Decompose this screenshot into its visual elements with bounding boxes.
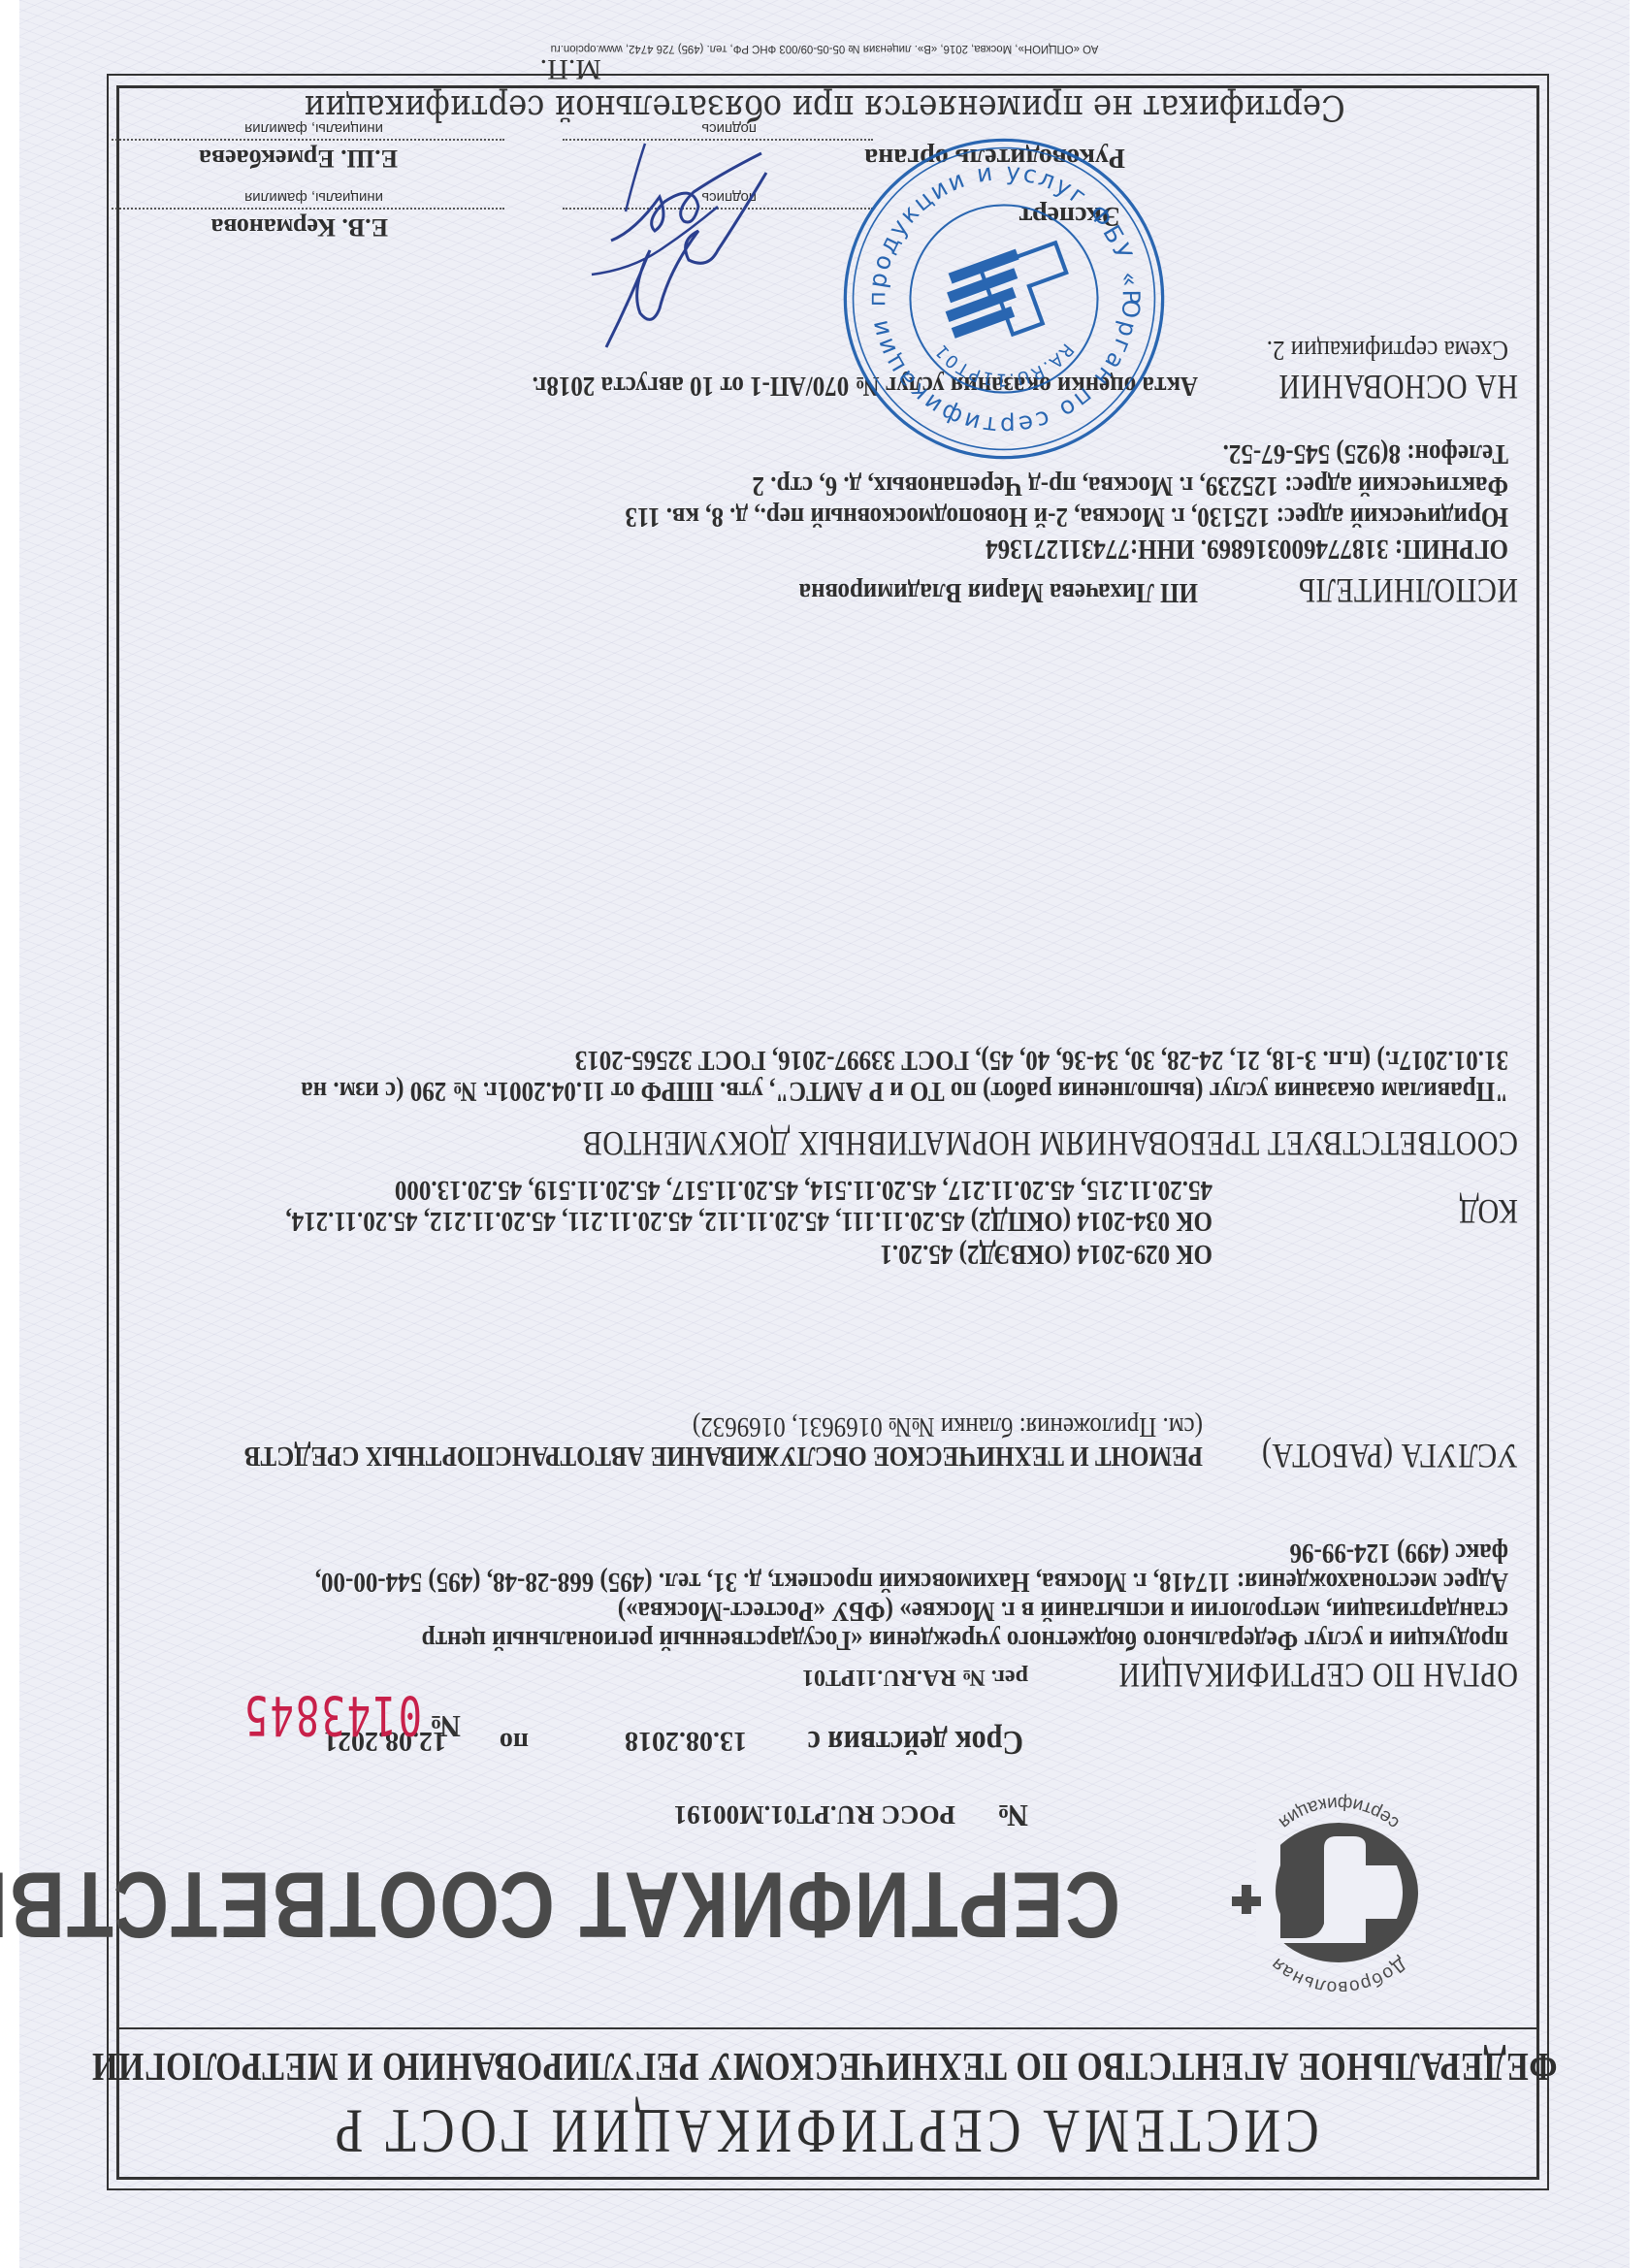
conformity-label: СООТВЕТСТВУЕТ ТРЕБОВАНИЯМ НОРМАТИВНЫХ ДО…	[582, 1122, 1518, 1162]
svg-text:RA.RU.11PT01: RA.RU.11PT01	[930, 340, 1078, 390]
certification-body-line: продукции и услуг Федерального бюджетног…	[422, 1624, 1508, 1655]
blank-serial-number: 0143845	[242, 1683, 422, 1746]
system-title: СИСТЕМА СЕРТИФИКАЦИИ ГОСТ Р	[0, 2094, 1649, 2166]
certification-scheme: Схема сертификации 2.	[1267, 334, 1508, 365]
validity-label: Срок действия с	[808, 1723, 1024, 1761]
code-line: ОК 034-2014 (ОКПД2) 45.20.11.111, 45.20.…	[285, 1205, 1212, 1236]
seal-place-label: М.П.	[540, 52, 601, 85]
executor-legal-address: Юридический адрес: 125130, г. Москва, 2-…	[625, 501, 1508, 532]
registration-number-label: №	[997, 1798, 1028, 1833]
certification-body-reg: рег. № RA.RU.11PT01	[802, 1664, 1028, 1690]
header-divider	[116, 2027, 1539, 2029]
non-mandatory-note: Сертификат не применяется при обязательн…	[82, 87, 1567, 127]
certification-body-seal-icon: Орган по сертификации продукции и услуг …	[829, 124, 1179, 473]
certification-body-line: стандартизации, метрологии и испытаний в…	[618, 1595, 1508, 1626]
certification-body-fax: факс (499) 124-99-96	[1290, 1537, 1508, 1568]
certification-body-label: ОРГАН ПО СЕРТИФИКАЦИИ	[1118, 1654, 1518, 1694]
expert-name-line	[112, 208, 504, 210]
service-note: (см. Приложения: бланки №№ 0169631, 0169…	[693, 1410, 1203, 1442]
validity-to-label: по	[500, 1726, 529, 1757]
executor-actual-address: Фактический адрес: 125239, г. Москва, пр…	[753, 470, 1508, 501]
expert-name: Е.В. Керманова	[210, 212, 388, 242]
conformity-line: 31.01.2017г.) (п.п. 3-18, 21, 24-28, 30,…	[575, 1044, 1508, 1075]
expert-signature-icon	[587, 124, 781, 250]
service-value: РЕМОНТ И ТЕХНИЧЕСКОЕ ОБСЛУЖИВАНИЕ АВТОТР…	[244, 1440, 1203, 1471]
head-name-line	[112, 139, 504, 141]
validity-from-date: 13.08.2018	[625, 1725, 747, 1756]
executor-label: ИСПОЛНИТЕЛЬ	[1298, 569, 1518, 609]
service-label: УСЛУГА (РАБОТА)	[1261, 1435, 1518, 1474]
conformity-line: "Правилам оказания услуг (выполнения раб…	[301, 1075, 1508, 1106]
certification-body-address: Адрес местонахождения: 117418, г. Москва…	[315, 1566, 1508, 1597]
agency-name: ФЕДЕРАЛЬНОЕ АГЕНТСТВО ПО ТЕХНИЧЕСКОМУ РЕ…	[0, 2043, 1649, 2088]
executor-phone: Телефон: 8(925) 545-67-52.	[1223, 437, 1508, 469]
executor-name: ИП Лихачева Мария Владимировна	[799, 576, 1198, 607]
certificate-sheet: СИСТЕМА СЕРТИФИКАЦИИ ГОСТ Р ФЕДЕРАЛЬНОЕ …	[0, 0, 1649, 2268]
expert-name-caption: инициалы, фамилия	[244, 189, 383, 206]
printer-imprint: АО «ОПЦИОН», Москва, 2016, «В». лицензия…	[42, 43, 1608, 56]
basis-label: НА ОСНОВАНИИ	[1278, 366, 1518, 405]
blank-number-label: №	[430, 1708, 461, 1744]
head-name: Е.Ш. Ермекбаева	[199, 144, 398, 173]
executor-ogrnip: ОГРНИП: 318774600316869. ИНН:77431127136…	[986, 533, 1508, 564]
voluntary-certification-logo-icon: Добровольная сертификация	[1222, 1778, 1455, 2011]
certificate-title: СЕРТИФИКАТ СООТВЕТСТВИЯ	[0, 1850, 1120, 1958]
registration-number: РОСС RU.PT01.M00191	[674, 1799, 955, 1830]
code-label: КОД	[1459, 1190, 1518, 1230]
code-line: 45.20.11.215, 45.20.11.217, 45.20.11.514…	[395, 1174, 1212, 1205]
code-line: ОК 029-2014 (ОКВЭД2) 45.20.1	[880, 1238, 1212, 1269]
